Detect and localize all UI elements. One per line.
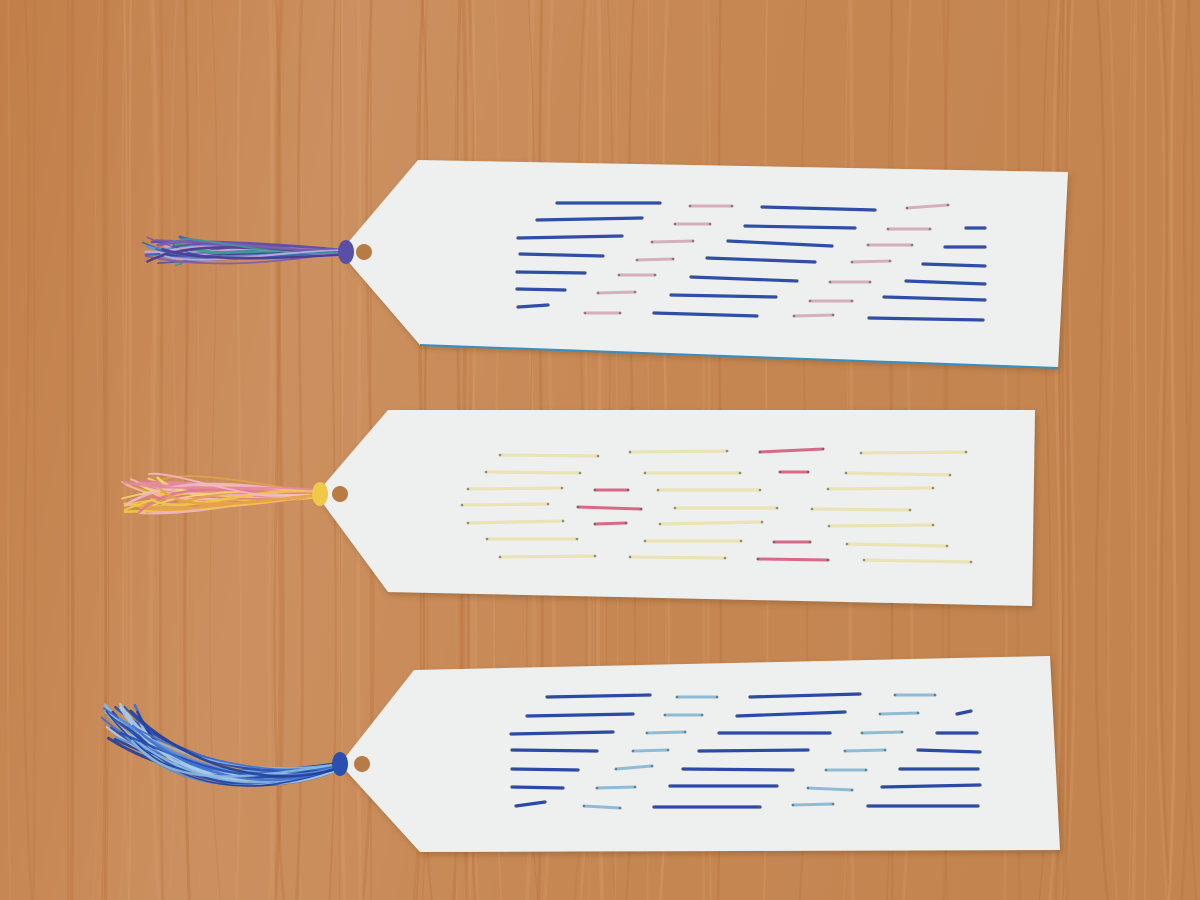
stitch: [918, 750, 980, 752]
stitch: [517, 289, 565, 290]
stitch: [745, 226, 855, 228]
stitch: [468, 488, 562, 489]
punch-hole: [356, 244, 372, 260]
stitch: [923, 264, 985, 266]
stitch: [512, 787, 563, 788]
stitch: [500, 556, 595, 557]
stitch: [861, 452, 966, 453]
stitch: [846, 473, 950, 475]
stitch: [595, 523, 626, 524]
stitch: [547, 695, 650, 697]
stitch: [847, 544, 947, 546]
stitch: [517, 272, 585, 273]
stitch: [852, 261, 890, 262]
tassel-knot: [312, 482, 328, 506]
stitch: [882, 785, 980, 787]
stitch: [584, 806, 620, 808]
stitch: [630, 557, 725, 558]
stitch: [500, 455, 598, 456]
stitch: [829, 525, 933, 526]
tassel-knot: [338, 240, 354, 264]
bookmark-card: [340, 656, 1060, 852]
stitch: [864, 560, 971, 562]
stitch: [512, 769, 578, 770]
stitch: [468, 521, 563, 523]
stitch: [462, 504, 548, 505]
stitch: [828, 488, 933, 489]
stitch: [598, 292, 635, 293]
stitch: [518, 236, 622, 238]
stitch: [486, 472, 580, 473]
stitch: [671, 295, 776, 297]
stitch: [511, 732, 613, 734]
photo-scene: [0, 0, 1200, 900]
stitch: [758, 559, 828, 560]
stitch: [647, 732, 685, 733]
stitch: [812, 509, 910, 510]
stitch: [660, 522, 762, 524]
stitch: [527, 714, 633, 716]
punch-hole: [332, 486, 348, 502]
punch-hole: [354, 756, 370, 772]
stitch: [683, 769, 793, 770]
stitch: [793, 804, 833, 805]
stitch: [578, 507, 641, 509]
stitch: [597, 787, 635, 788]
stitch: [808, 788, 852, 790]
stitch: [537, 218, 642, 220]
stitch: [630, 451, 727, 452]
stitch: [794, 315, 833, 316]
stitch: [520, 254, 603, 256]
stitch: [845, 750, 885, 751]
tassel-knot: [332, 752, 348, 776]
stitch: [512, 750, 597, 751]
stitch: [869, 318, 983, 320]
stitch: [518, 305, 548, 307]
stitch: [880, 713, 918, 714]
stitch: [862, 732, 902, 733]
stitch: [699, 750, 808, 751]
stitch: [637, 259, 673, 260]
stitch: [652, 241, 693, 242]
stitch: [633, 750, 668, 751]
